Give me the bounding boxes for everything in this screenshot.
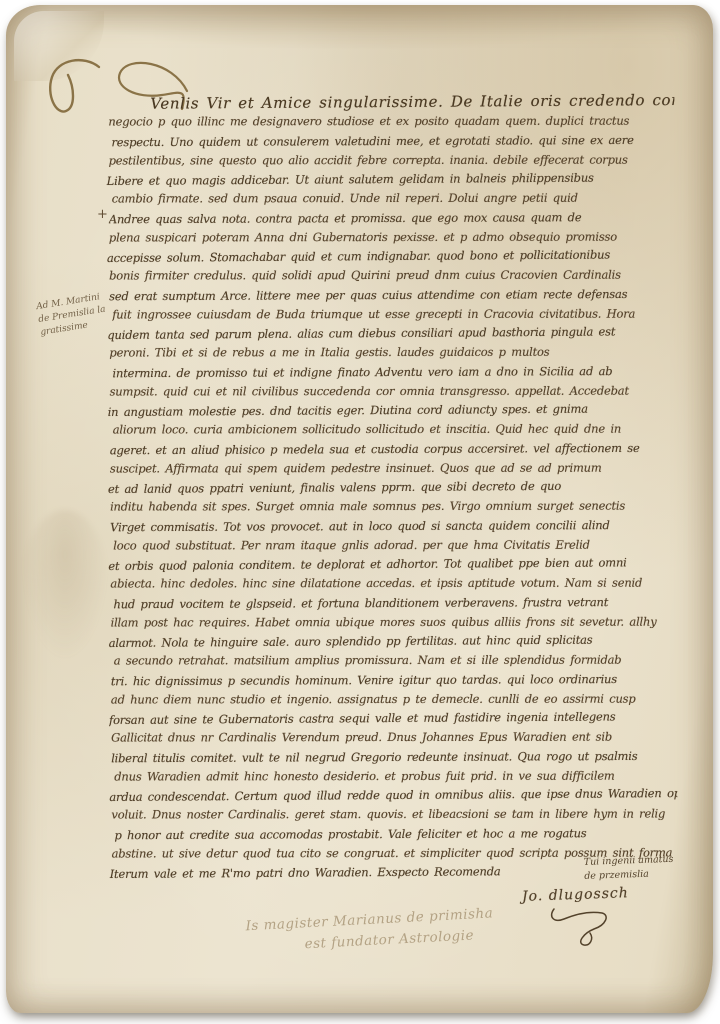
text-line: Andree quas salva nota. contra pacta et … bbox=[109, 207, 675, 229]
text-line: illam post hac requires. Habet omnia ubi… bbox=[111, 612, 677, 632]
text-line: voluit. Dnus noster Cardinalis. geret st… bbox=[111, 805, 677, 825]
text-line: bonis firmiter credulus. quid solidi apu… bbox=[109, 266, 675, 286]
text-line: dnus Waradien admit hinc honesto desider… bbox=[114, 766, 677, 786]
bottom-annotation: Is magister Marianus de primishaest fund… bbox=[245, 902, 527, 959]
text-line: fuit ingrossee cuiusdam de Buda triumque… bbox=[112, 304, 675, 324]
text-line: tri. hic dignissimus p secundis hominum.… bbox=[111, 669, 677, 691]
closing-valediction: Tui ingenii amatusde przemislia bbox=[584, 852, 695, 884]
ink-show-through bbox=[22, 510, 108, 660]
text-line: abiecta. hinc dedoles. hinc sine dilatat… bbox=[110, 574, 676, 594]
text-line: a secundo retrahat. matsilium amplius pr… bbox=[114, 651, 677, 671]
manuscript-page: + Ad M. Martinide Premislia lagratissime… bbox=[6, 5, 713, 1013]
text-line: aliorum loco. curia ambicionem sollicitu… bbox=[113, 420, 676, 440]
signature: Jo. dlugossch bbox=[522, 885, 629, 905]
text-line: loco quod substituat. Per nram itaque gn… bbox=[113, 535, 676, 555]
text-line: inditu habenda sit spes. Surget omnia ma… bbox=[110, 497, 676, 517]
text-line: suscipet. Affirmata qui spem quidem pede… bbox=[110, 458, 676, 478]
text-line: peroni. Tibi et si de rebus a me in Ital… bbox=[109, 343, 675, 363]
text-line: pestilentibus, sine questo quo alio acci… bbox=[109, 150, 675, 170]
text-line: respectu. Uno quidem ut consulerem valet… bbox=[111, 130, 674, 152]
text-line: sed erat sumptum Arce. littere mee per q… bbox=[109, 284, 675, 306]
text-line: liberal titulis comitet. vult te nil neg… bbox=[111, 746, 677, 768]
text-line: Virget commisatis. Tot vos provocet. aut… bbox=[110, 515, 676, 537]
valediction-line: de przemislia bbox=[584, 866, 694, 884]
text-line: cambio firmate. sed dum psaua conuid. Un… bbox=[112, 189, 675, 209]
text-line: p honor aut credite sua accomodas prosta… bbox=[114, 823, 677, 845]
plus-mark: + bbox=[97, 207, 108, 222]
text-line: sumpsit. quid cui et nil civilibus succe… bbox=[110, 381, 676, 401]
text-line: hud praud vocitem te glspseid. et fortun… bbox=[113, 592, 676, 614]
text-line: ageret. et an aliud phisico p medela sua… bbox=[110, 438, 676, 460]
text-line: intermina. de promisso tui et indigne fi… bbox=[112, 361, 675, 383]
paper-stain bbox=[36, 5, 686, 51]
text-line: plena suspicari poteram Anna dni Guberna… bbox=[109, 227, 675, 247]
body-text: Venlis Vir et Amice singularissime. De I… bbox=[108, 92, 677, 886]
text-line: ad hunc diem nunc studio et ingenio. ass… bbox=[111, 689, 677, 709]
text-line: negocio p quo illinc me designavero stud… bbox=[108, 112, 674, 132]
signature-paraph-icon bbox=[546, 903, 616, 949]
text-line: Gallicitat dnus nr Cardinalis Verendum p… bbox=[111, 728, 677, 748]
